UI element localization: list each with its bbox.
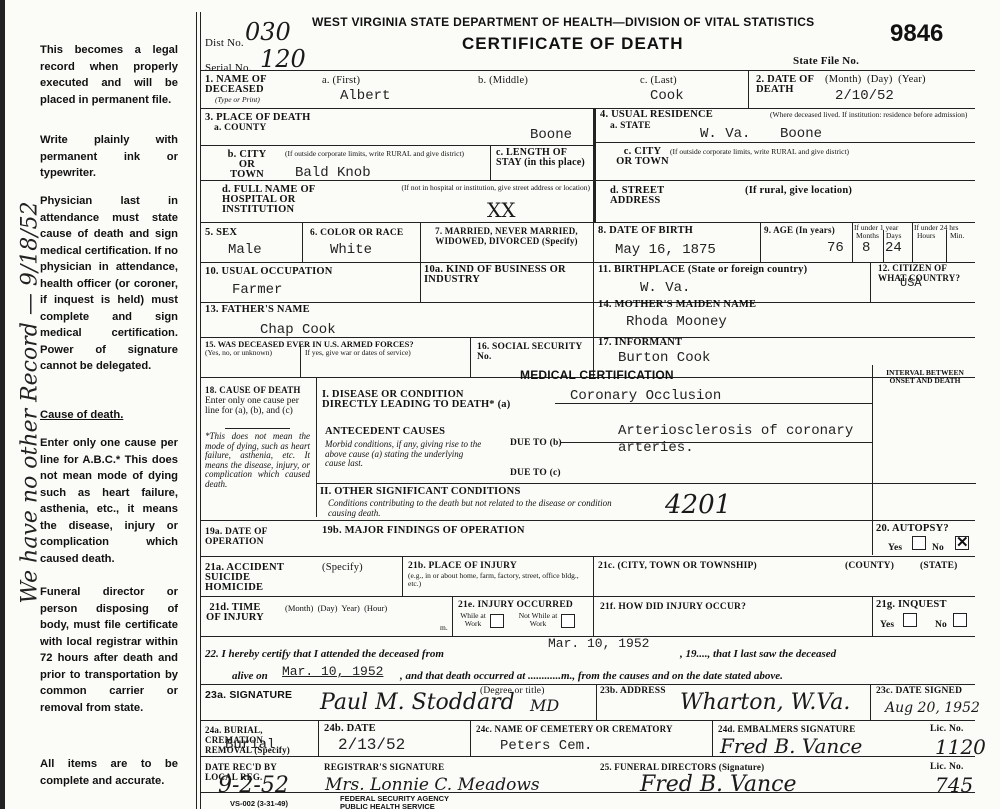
middle-name-label: b. (Middle) — [478, 76, 528, 86]
informant-value: Burton Cook — [618, 350, 710, 366]
residence-state-label: a. STATE — [610, 121, 651, 131]
first-name-value: Albert — [340, 88, 390, 104]
instruction-physician: Physician last in attendance must state … — [40, 193, 178, 375]
certify-line1-suffix: , 19...., that I last saw the deceased — [680, 650, 836, 658]
occupation-value: Farmer — [232, 282, 282, 298]
autopsy-yes-checkbox[interactable] — [912, 536, 926, 550]
serial-no-value: 120 — [260, 45, 306, 73]
date-of-death-label: 2. DATE OF DEATH — [756, 75, 816, 95]
cause-code-value: 4201 — [665, 490, 731, 520]
hospital-note: (If not in hospital or institution, give… — [355, 184, 590, 192]
address-value: Wharton, W.Va. — [680, 690, 850, 715]
street-address-label: d. STREET ADDRESS — [610, 186, 680, 206]
county-value: Boone — [530, 127, 572, 143]
while-at-work-checkbox[interactable] — [490, 614, 504, 628]
footer-service: PUBLIC HEALTH SERVICE — [340, 803, 435, 809]
age-label: 9. AGE (In years) — [764, 225, 835, 235]
disease-condition-label: I. DISEASE OR CONDITION DIRECTLY LEADING… — [322, 390, 512, 410]
instruction-cause-heading: Cause of death. — [40, 407, 178, 424]
interval-label: INTERVAL BETWEEN ONSET AND DEATH — [876, 369, 974, 385]
hours-label: Hours — [917, 232, 935, 240]
handwritten-margin-note: We have no other Record — 9/18/52 — [18, 43, 43, 763]
instruction-legal-record: This becomes a legal record when properl… — [40, 42, 178, 108]
instruction-funeral-director: Funeral director or person disposing of … — [40, 584, 178, 716]
antecedent-note: Morbid conditions, if any, giving rise t… — [325, 440, 485, 469]
social-security-label: 16. SOCIAL SECURITY No. — [477, 342, 587, 362]
place-of-injury-note: (e.g., in or about home, farm, factory, … — [408, 572, 593, 588]
race-value: White — [330, 242, 372, 258]
informant-label: 17. INFORMANT — [598, 338, 682, 348]
instruction-one-cause: Enter only one cause per line for A.B.C.… — [40, 435, 178, 567]
cause-a-value: Coronary Occlusion — [570, 388, 721, 404]
residence-city-label: c. CITY OR TOWN — [615, 147, 670, 167]
funeral-director-lic-label: Lic. No. — [930, 762, 964, 772]
signature-label: 23a. SIGNATURE — [205, 690, 292, 700]
date-received-value: 9-2-52 — [218, 773, 289, 798]
registrar-signature-label: REGISTRAR'S SIGNATURE — [324, 762, 444, 772]
medical-certification-title: MEDICAL CERTIFICATION — [520, 370, 674, 380]
inquest-no-label: No — [935, 620, 947, 630]
state-file-label: State File No. — [793, 56, 859, 66]
certificate-title: CERTIFICATE OF DEATH — [462, 34, 683, 54]
serial-no-label: Serial No. — [205, 63, 252, 73]
occupation-label: 10. USUAL OCCUPATION — [205, 267, 333, 277]
embalmer-lic-label: Lic. No. — [930, 724, 964, 734]
date-signed-label: 23c. DATE SIGNED — [876, 686, 962, 696]
street-address-note: (If rural, give location) — [745, 186, 852, 196]
date-of-death-columns: (Month) (Day) (Year) — [825, 75, 926, 85]
address-label: 23b. ADDRESS — [600, 686, 666, 696]
city-value: Bald Knob — [295, 165, 371, 181]
funeral-director-signature: Fred B. Vance — [640, 772, 797, 797]
time-of-injury-label: 21d. TIME OF INJURY — [205, 603, 265, 623]
injury-state-label: (STATE) — [920, 561, 957, 571]
attended-from-value: Mar. 10, 1952 — [548, 636, 649, 651]
alive-on-value: Mar. 10, 1952 — [282, 664, 383, 679]
months-label: Months — [856, 232, 879, 240]
citizen-value: USA — [900, 276, 922, 290]
inquest-yes-checkbox[interactable] — [903, 613, 917, 627]
margin-divider — [196, 12, 201, 809]
degree-label: (Degree or title) — [480, 686, 545, 696]
scan-edge — [0, 0, 5, 809]
min-label: Min. — [950, 232, 964, 240]
date-of-death-value: 2/10/52 — [835, 88, 894, 104]
not-while-at-work-label: Not While at Work — [518, 612, 558, 628]
name-sublabel: (Type or Print) — [215, 96, 260, 104]
instruction-write-plainly: Write plainly with permanent ink or type… — [40, 132, 178, 182]
months-value: 8 — [862, 240, 870, 256]
burial-date-value: 2/13/52 — [338, 736, 405, 754]
residence-city-note: (If outside corporate limits, write RURA… — [670, 148, 970, 156]
sex-label: 5. SEX — [205, 228, 237, 238]
agency-header: WEST VIRGINIA STATE DEPARTMENT OF HEALTH… — [312, 15, 814, 29]
major-findings-label: 19b. MAJOR FINDINGS OF OPERATION — [322, 526, 525, 536]
accident-suicide-homicide-label: 21a. ACCIDENT SUICIDE HOMICIDE — [205, 563, 285, 593]
inquest-label: 21g. INQUEST — [876, 600, 947, 610]
inquest-yes-label: Yes — [880, 620, 894, 630]
accident-specify-label: (Specify) — [322, 563, 363, 573]
sex-value: Male — [228, 242, 262, 258]
name-label: 1. NAME OF DECEASED — [205, 75, 290, 95]
other-conditions-note: Conditions contributing to the death but… — [328, 499, 618, 518]
date-of-birth-label: 8. DATE OF BIRTH — [598, 226, 693, 236]
usual-residence-note: (Where deceased lived. If institution: r… — [770, 111, 975, 119]
armed-forces-note: (Yes, no, or unknown) — [205, 349, 272, 357]
hospital-value: XX — [487, 198, 515, 222]
antecedent-causes-label: ANTECEDENT CAUSES — [325, 427, 445, 437]
fathers-name-value: Chap Cook — [260, 322, 336, 338]
autopsy-no-checkbox[interactable]: ✕ — [955, 536, 969, 550]
certify-line1-prefix: 22. I hereby certify that I attended the… — [205, 650, 444, 658]
certify-line2-suffix: , and that death occurred at ...........… — [400, 672, 783, 680]
birthplace-value: W. Va. — [640, 280, 690, 296]
mothers-maiden-name-value: Rhoda Mooney — [626, 314, 727, 330]
form-number: VS-002 (3-31-49) — [230, 800, 288, 808]
state-file-number: 9846 — [890, 20, 943, 48]
cause-b-value: Arteriosclerosis of coronary arteries. — [618, 423, 868, 457]
cemetery-label: 24c. NAME OF CEMETERY OR CREMATORY — [476, 724, 673, 734]
mothers-maiden-name-label: 14. MOTHER'S MAIDEN NAME — [598, 300, 756, 310]
certify-line2-prefix: alive on — [232, 672, 268, 680]
how-injury-label: 21f. HOW DID INJURY OCCUR? — [600, 602, 746, 612]
last-name-value: Cook — [650, 88, 684, 104]
fathers-name-label: 13. FATHER'S NAME — [205, 305, 310, 315]
degree-value: MD — [530, 696, 559, 715]
age-value: 76 — [827, 240, 844, 256]
hospital-label: d. FULL NAME OF HOSPITAL OR INSTITUTION — [222, 185, 332, 215]
city-note: (If outside corporate limits, write RURA… — [285, 150, 485, 158]
autopsy-no-label: No — [932, 543, 944, 553]
other-conditions-label: II. OTHER SIGNIFICANT CONDITIONS — [320, 487, 521, 497]
while-at-work-label: While at Work — [458, 612, 488, 628]
citizen-label: 12. CITIZEN OF WHAT COUNTRY? — [878, 263, 970, 283]
date-of-operation-label: 19a. DATE OF OPERATION — [205, 527, 305, 547]
burial-value: Burial — [225, 737, 275, 753]
place-of-death-label: 3. PLACE OF DEATH — [205, 113, 311, 123]
days-value: 24 — [885, 240, 902, 256]
residence-county-value: Boone — [780, 126, 822, 142]
business-industry-label: 10a. KIND OF BUSINESS OR INDUSTRY — [424, 265, 589, 285]
armed-forces-dates-note: If yes, give war or dates of service) — [305, 349, 411, 357]
cause-of-death-label: 18. CAUSE OF DEATH — [205, 385, 301, 395]
injury-county-label: (COUNTY) — [845, 561, 894, 571]
time-of-injury-m: m. — [440, 624, 448, 632]
city-label: b. CITY OR TOWN — [222, 150, 272, 180]
residence-state-value: W. Va. — [700, 126, 750, 142]
embalmer-signature-value: Fred B. Vance — [720, 734, 862, 758]
left-margin: We have no other Record — 9/18/52 This b… — [0, 0, 190, 809]
autopsy-yes-label: Yes — [888, 543, 902, 553]
date-signed-value: Aug 20, 1952 — [885, 700, 980, 716]
cause-of-death-note: Enter only one cause per line for (a), (… — [205, 396, 310, 416]
race-label: 6. COLOR OR RACE — [310, 228, 403, 238]
inquest-no-checkbox[interactable] — [953, 613, 967, 627]
funeral-director-lic-value: 745 — [935, 773, 973, 797]
embalmer-signature-label: 24d. EMBALMERS SIGNATURE — [718, 724, 855, 734]
county-label: a. COUNTY — [214, 123, 266, 133]
first-name-label: a. (First) — [322, 76, 360, 86]
not-while-at-work-checkbox[interactable] — [561, 614, 575, 628]
armed-forces-label: 15. WAS DECEASED EVER IN U.S. ARMED FORC… — [205, 340, 475, 348]
instruction-complete: All items are to be complete and accurat… — [40, 756, 178, 789]
time-of-injury-columns: (Month) (Day) Year) (Hour) — [285, 604, 387, 612]
autopsy-label: 20. AUTOPSY? — [876, 524, 949, 534]
birthplace-label: 11. BIRTHPLACE (State or foreign country… — [598, 265, 807, 275]
cause-of-death-footnote: *This does not mean the mode of dying, s… — [205, 432, 310, 489]
cemetery-value: Peters Cem. — [500, 738, 592, 754]
injury-occurred-label: 21e. INJURY OCCURRED — [458, 600, 573, 610]
place-of-injury-label: 21b. PLACE OF INJURY — [408, 561, 517, 571]
days-label: Days — [886, 232, 901, 240]
last-name-label: c. (Last) — [640, 76, 677, 86]
dist-no-label: Dist No. — [205, 38, 244, 48]
funeral-director-label: 25. FUNERAL DIRECTORS (Signature) — [600, 762, 764, 772]
usual-residence-label: 4. USUAL RESIDENCE — [600, 110, 713, 120]
burial-date-label: 24b. DATE — [324, 724, 376, 734]
dist-no-value: 030 — [245, 18, 291, 46]
date-of-birth-value: May 16, 1875 — [615, 242, 716, 258]
due-to-c-label: DUE TO (c) — [510, 468, 561, 478]
length-of-stay-label: c. LENGTH OF STAY (in this place) — [496, 148, 591, 168]
injury-city-label: 21c. (CITY, TOWN OR TOWNSHIP) — [598, 561, 757, 571]
marital-status-label: 7. MARRIED, NEVER MARRIED, WIDOWED, DIVO… — [424, 226, 589, 246]
due-to-b-label: DUE TO (b) — [510, 438, 562, 448]
